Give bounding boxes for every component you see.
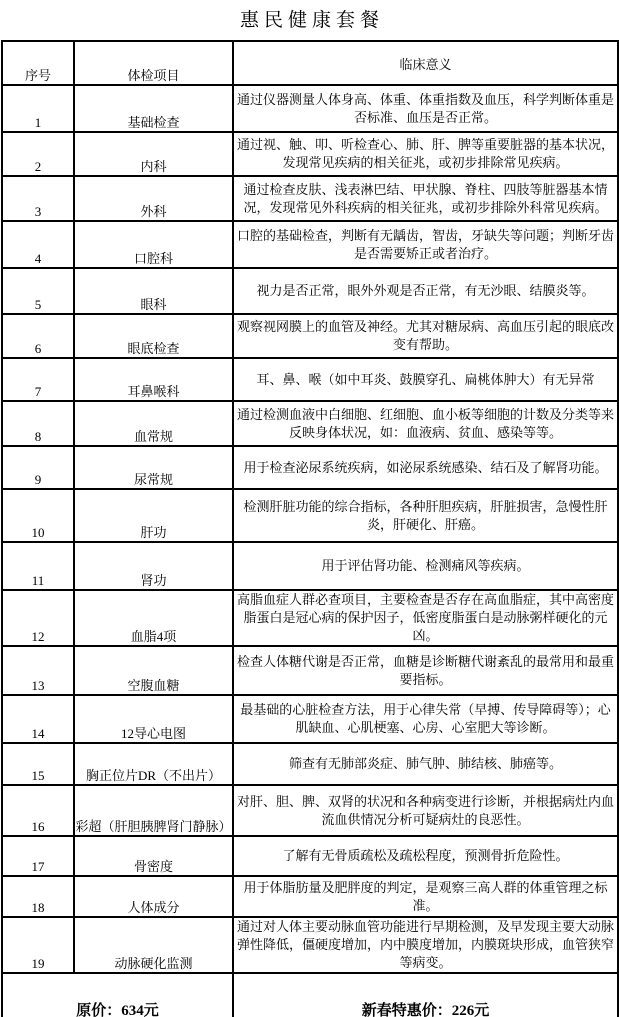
- row-item: 基础检查: [74, 85, 233, 132]
- table-row: 4 口腔科 口腔的基础检查，判断有无龋齿，智齿，牙缺失等问题；判断牙齿是否需要矫…: [2, 221, 618, 268]
- row-item: 眼科: [74, 268, 233, 314]
- row-no: 4: [2, 221, 74, 268]
- table-row: 2 内科 通过视、触、叩、听检查心、肺、肝、脾等重要脏器的基本状况，发现常见疾病…: [2, 132, 618, 176]
- table-row: 11 肾功 用于评估肾功能、检测痛风等疾病。: [2, 542, 618, 590]
- row-item: 空腹血糖: [74, 646, 233, 695]
- row-item: 12导心电图: [74, 695, 233, 743]
- row-desc: 用于评估肾功能、检测痛风等疾病。: [233, 542, 618, 590]
- table-row: 10 肝功 检测肝脏功能的综合指标，各种肝胆疾病，肝脏损害，急慢性肝炎，肝硬化、…: [2, 489, 618, 542]
- row-item: 肾功: [74, 542, 233, 590]
- table-row: 8 血常规 通过检测血液中白细胞、红细胞、血小板等细胞的计数及分类等来反映身体状…: [2, 401, 618, 446]
- row-no: 12: [2, 590, 74, 646]
- row-desc: 检测肝脏功能的综合指标，各种肝胆疾病，肝脏损害，急慢性肝炎，肝硬化、肝癌。: [233, 489, 618, 542]
- row-desc: 观察视网膜上的血管及神经。尤其对糖尿病、高血压引起的眼底改变有帮助。: [233, 314, 618, 358]
- table-row: 6 眼底检查 观察视网膜上的血管及神经。尤其对糖尿病、高血压引起的眼底改变有帮助…: [2, 314, 618, 358]
- table-row: 18 人体成分 用于体脂肪量及肥胖度的判定，是观察三高人群的体重管理之标准。: [2, 876, 618, 917]
- table-row: 12 血脂4项 高脂血症人群必查项目，主要检查是否存在高血脂症，其中高密度脂蛋白…: [2, 590, 618, 646]
- row-no: 2: [2, 132, 74, 176]
- row-no: 9: [2, 446, 74, 489]
- table-row: 14 12导心电图 最基础的心脏检查方法，用于心律失常（早搏、传导障碍等）；心肌…: [2, 695, 618, 743]
- row-no: 5: [2, 268, 74, 314]
- row-desc: 口腔的基础检查，判断有无龋齿，智齿，牙缺失等问题；判断牙齿是否需要矫正或者治疗。: [233, 221, 618, 268]
- row-no: 16: [2, 785, 74, 836]
- row-no: 13: [2, 646, 74, 695]
- row-desc: 通过检测血液中白细胞、红细胞、血小板等细胞的计数及分类等来反映身体状况，如：血液…: [233, 401, 618, 446]
- row-item: 内科: [74, 132, 233, 176]
- row-item: 耳鼻喉科: [74, 358, 233, 401]
- row-desc: 通过仪器测量人体身高、体重、体重指数及血压，科学判断体重是否标准、血压是否正常。: [233, 85, 618, 132]
- row-desc: 高脂血症人群必查项目，主要检查是否存在高血脂症，其中高密度脂蛋白是冠心病的保护因…: [233, 590, 618, 646]
- row-desc: 用于体脂肪量及肥胖度的判定，是观察三高人群的体重管理之标准。: [233, 876, 618, 917]
- row-item: 口腔科: [74, 221, 233, 268]
- row-desc: 通过视、触、叩、听检查心、肺、肝、脾等重要脏器的基本状况，发现常见疾病的相关征兆…: [233, 132, 618, 176]
- row-no: 1: [2, 85, 74, 132]
- table-row: 15 胸正位片DR（不出片） 筛查有无肺部炎症、肺气肿、肺结核、肺癌等。: [2, 743, 618, 785]
- row-item: 骨密度: [74, 836, 233, 876]
- row-item: 眼底检查: [74, 314, 233, 358]
- special-price: 新春特惠价：226元: [233, 973, 618, 1017]
- row-no: 10: [2, 489, 74, 542]
- row-desc: 通过对人体主要动脉血管功能进行早期检测，及早发现主要大动脉弹性降低，僵硬度增加，…: [233, 917, 618, 973]
- row-item: 尿常规: [74, 446, 233, 489]
- row-item: 外科: [74, 176, 233, 221]
- table-row: 19 动脉硬化监测 通过对人体主要动脉血管功能进行早期检测，及早发现主要大动脉弹…: [2, 917, 618, 973]
- row-no: 7: [2, 358, 74, 401]
- row-desc: 视力是否正常，眼外外观是否正常，有无沙眼、结膜炎等。: [233, 268, 618, 314]
- table-row: 7 耳鼻喉科 耳、鼻、喉（如中耳炎、鼓膜穿孔、扁桃体肿大）有无异常: [2, 358, 618, 401]
- table-row: 1 基础检查 通过仪器测量人体身高、体重、体重指数及血压，科学判断体重是否标准、…: [2, 85, 618, 132]
- footer-row: 原价：634元 新春特惠价：226元: [2, 973, 618, 1017]
- table-row: 3 外科 通过检查皮肤、浅表淋巴结、甲状腺、脊柱、四肢等脏器基本情况，发现常见外…: [2, 176, 618, 221]
- row-no: 15: [2, 743, 74, 785]
- row-item: 动脉硬化监测: [74, 917, 233, 973]
- health-package-table: 序号 体检项目 临床意义 1 基础检查 通过仪器测量人体身高、体重、体重指数及血…: [1, 40, 619, 1017]
- row-desc: 了解有无骨质疏松及疏松程度，预测骨折危险性。: [233, 836, 618, 876]
- row-desc: 筛查有无肺部炎症、肺气肿、肺结核、肺癌等。: [233, 743, 618, 785]
- row-desc: 最基础的心脏检查方法，用于心律失常（早搏、传导障碍等）；心肌缺血、心肌梗塞、心房…: [233, 695, 618, 743]
- row-desc: 对肝、胆、脾、双肾的状况和各种病变进行诊断，并根据病灶内血流血供情况分析可疑病灶…: [233, 785, 618, 836]
- row-desc: 通过检查皮肤、浅表淋巴结、甲状腺、脊柱、四肢等脏器基本情况，发现常见外科疾病的相…: [233, 176, 618, 221]
- row-no: 19: [2, 917, 74, 973]
- row-no: 3: [2, 176, 74, 221]
- page-title: 惠民健康套餐: [0, 0, 619, 40]
- row-item: 彩超（肝胆胰脾肾门静脉）: [74, 785, 233, 836]
- header-row: 序号 体检项目 临床意义: [2, 41, 618, 85]
- row-no: 8: [2, 401, 74, 446]
- row-item: 血脂4项: [74, 590, 233, 646]
- table-row: 5 眼科 视力是否正常，眼外外观是否正常，有无沙眼、结膜炎等。: [2, 268, 618, 314]
- table-row: 16 彩超（肝胆胰脾肾门静脉） 对肝、胆、脾、双肾的状况和各种病变进行诊断，并根…: [2, 785, 618, 836]
- table-row: 9 尿常规 用于检查泌尿系统疾病，如泌尿系统感染、结石及了解肾功能。: [2, 446, 618, 489]
- row-item: 肝功: [74, 489, 233, 542]
- column-header-item: 体检项目: [74, 41, 233, 85]
- health-package-sheet: 惠民健康套餐 序号 体检项目 临床意义 1 基础检查 通过仪器测量人体身高、体重…: [0, 0, 619, 1017]
- row-no: 14: [2, 695, 74, 743]
- row-no: 6: [2, 314, 74, 358]
- row-item: 人体成分: [74, 876, 233, 917]
- row-desc: 检查人体糖代谢是否正常，血糖是诊断糖代谢紊乱的最常用和最重要指标。: [233, 646, 618, 695]
- row-desc: 耳、鼻、喉（如中耳炎、鼓膜穿孔、扁桃体肿大）有无异常: [233, 358, 618, 401]
- row-item: 胸正位片DR（不出片）: [74, 743, 233, 785]
- row-desc: 用于检查泌尿系统疾病，如泌尿系统感染、结石及了解肾功能。: [233, 446, 618, 489]
- table-row: 13 空腹血糖 检查人体糖代谢是否正常，血糖是诊断糖代谢紊乱的最常用和最重要指标…: [2, 646, 618, 695]
- table-row: 17 骨密度 了解有无骨质疏松及疏松程度，预测骨折危险性。: [2, 836, 618, 876]
- column-header-meaning: 临床意义: [233, 41, 618, 85]
- row-item: 血常规: [74, 401, 233, 446]
- row-no: 17: [2, 836, 74, 876]
- row-no: 18: [2, 876, 74, 917]
- original-price: 原价：634元: [2, 973, 233, 1017]
- row-no: 11: [2, 542, 74, 590]
- column-header-no: 序号: [2, 41, 74, 85]
